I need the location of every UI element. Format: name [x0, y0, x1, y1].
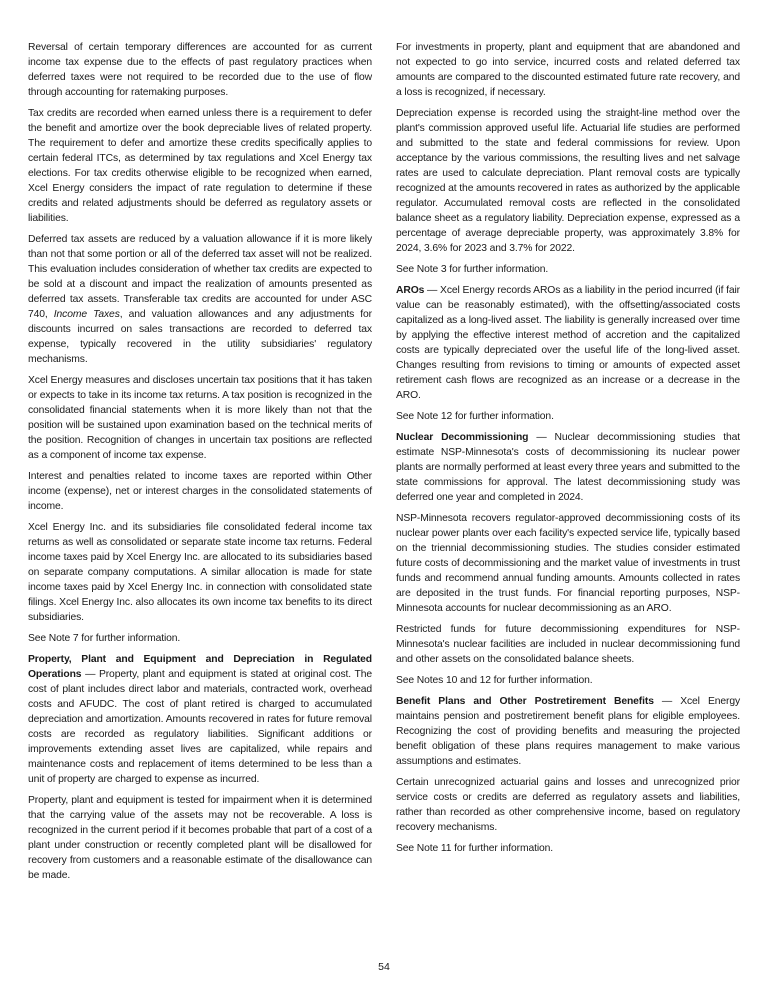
paragraph-decommissioning-recovery: NSP-Minnesota recovers regulator-approve…	[396, 511, 740, 616]
left-column: Reversal of certain temporary difference…	[28, 40, 372, 889]
section-ppe-depreciation: Property, Plant and Equipment and Deprec…	[28, 652, 372, 787]
paragraph-ppe-impairment: Property, plant and equipment is tested …	[28, 793, 372, 883]
section-heading: AROs	[396, 285, 424, 296]
paragraph-consolidated-returns: Xcel Energy Inc. and its subsidiaries fi…	[28, 520, 372, 625]
note-reference-3: See Note 3 for further information.	[396, 262, 740, 277]
paragraph-abandoned-investments: For investments in property, plant and e…	[396, 40, 740, 100]
page-number: 54	[0, 961, 768, 973]
paragraph-uncertain-tax-positions: Xcel Energy measures and discloses uncer…	[28, 373, 372, 463]
note-reference-11: See Note 11 for further information.	[396, 841, 740, 856]
note-reference-10-12: See Notes 10 and 12 for further informat…	[396, 673, 740, 688]
right-column: For investments in property, plant and e…	[396, 40, 740, 862]
paragraph-tax-credits: Tax credits are recorded when earned unl…	[28, 106, 372, 226]
paragraph-unrecognized-gains-losses: Certain unrecognized actuarial gains and…	[396, 775, 740, 835]
paragraph-deferred-tax-reversal: Reversal of certain temporary difference…	[28, 40, 372, 100]
paragraph-restricted-funds: Restricted funds for future decommission…	[396, 622, 740, 667]
income-taxes-reference: Income Taxes	[54, 309, 120, 320]
paragraph-depreciation-expense: Depreciation expense is recorded using t…	[396, 106, 740, 256]
note-reference-7: See Note 7 for further information.	[28, 631, 372, 646]
section-heading: Nuclear Decommissioning	[396, 432, 528, 443]
section-benefit-plans: Benefit Plans and Other Postretirement B…	[396, 694, 740, 769]
paragraph-valuation-allowance: Deferred tax assets are reduced by a val…	[28, 232, 372, 367]
section-heading: Benefit Plans and Other Postretirement B…	[396, 696, 654, 707]
paragraph-interest-penalties: Interest and penalties related to income…	[28, 469, 372, 514]
section-nuclear-decommissioning: Nuclear Decommissioning — Nuclear decomm…	[396, 430, 740, 505]
note-reference-12: See Note 12 for further information.	[396, 409, 740, 424]
section-aros: AROs — Xcel Energy records AROs as a lia…	[396, 283, 740, 403]
